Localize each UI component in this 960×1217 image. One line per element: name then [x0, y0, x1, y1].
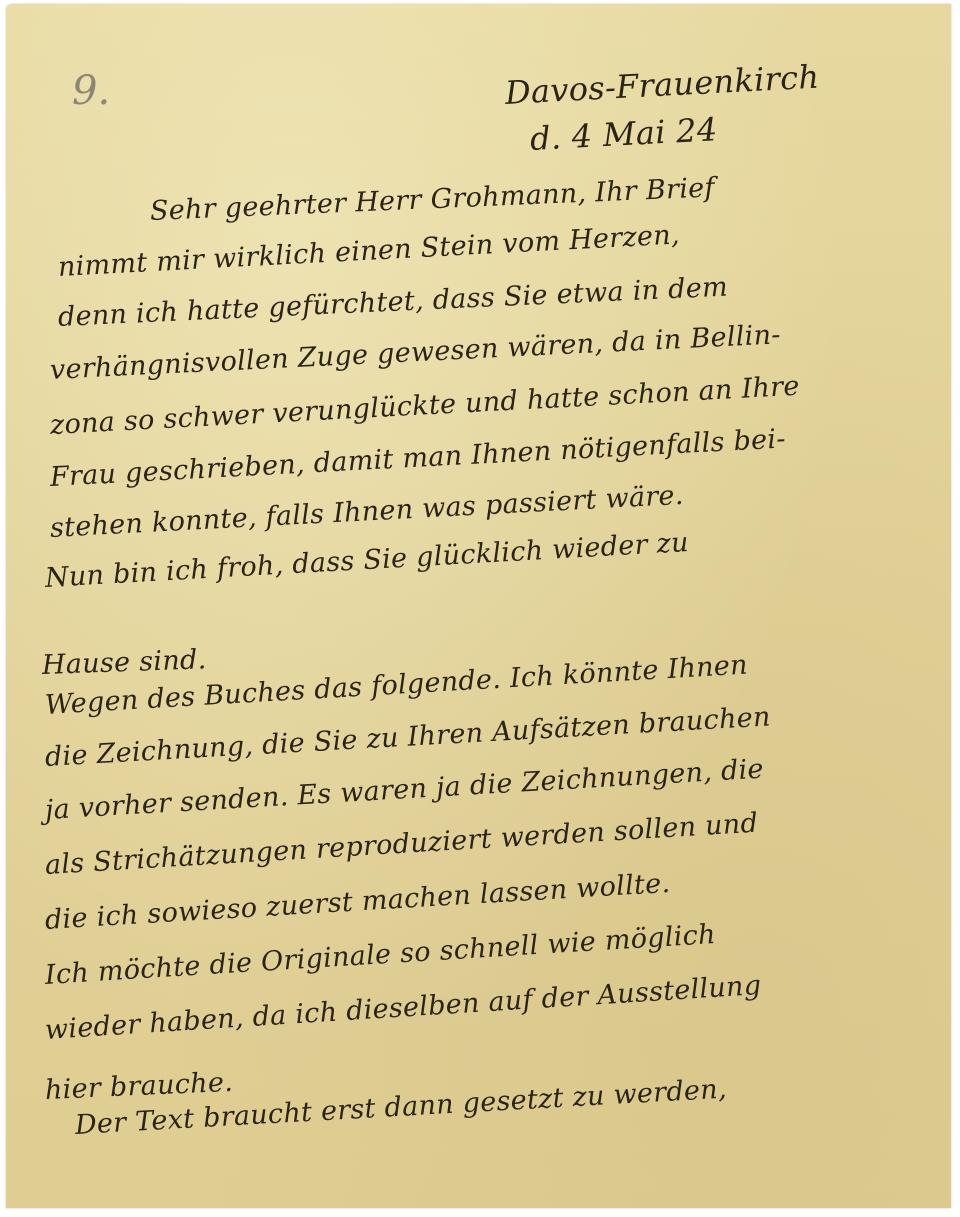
letter-line: Hause sind.	[41, 644, 206, 681]
page-number: 9.	[72, 68, 110, 114]
